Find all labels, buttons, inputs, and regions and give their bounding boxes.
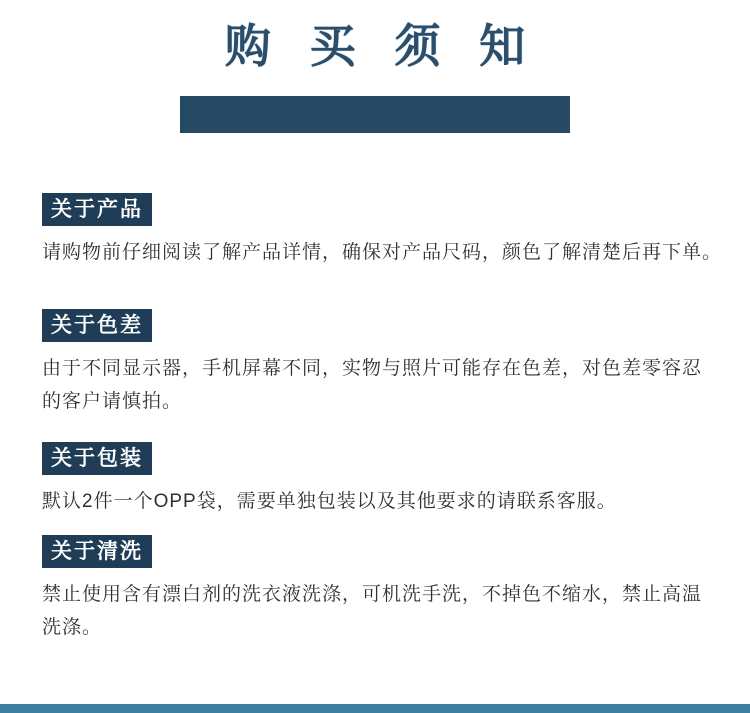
section-body: 默认2件一个OPP袋，需要单独包装以及其他要求的请联系客服。 (42, 485, 722, 518)
section-about-product: 关于产品 请购物前仔细阅读了解产品详情，确保对产品尺码，颜色了解清楚后再下单。 (42, 193, 722, 269)
section-body: 禁止使用含有漂白剂的洗衣液洗涤，可机洗手洗，不掉色不缩水，禁止高温 洗涤。 (42, 578, 722, 644)
section-about-washing: 关于清洗 禁止使用含有漂白剂的洗衣液洗涤，可机洗手洗，不掉色不缩水，禁止高温 洗… (42, 535, 722, 644)
page-header: 购 买 须 知 (0, 22, 750, 133)
section-body: 由于不同显示器，手机屏幕不同，实物与照片可能存在色差，对色差零容忍 的客户请慎拍… (42, 352, 722, 418)
section-about-color-difference: 关于色差 由于不同显示器，手机屏幕不同，实物与照片可能存在色差，对色差零容忍 的… (42, 309, 722, 418)
title-underline-bar (180, 96, 570, 133)
notice-sections: 关于产品 请购物前仔细阅读了解产品详情，确保对产品尺码，颜色了解清楚后再下单。 … (0, 193, 750, 644)
section-header: 关于包装 (42, 442, 152, 475)
section-header: 关于产品 (42, 193, 152, 226)
section-body: 请购物前仔细阅读了解产品详情，确保对产品尺码，颜色了解清楚后再下单。 (42, 236, 722, 269)
footer-accent-bar (0, 704, 750, 713)
section-header: 关于色差 (42, 309, 152, 342)
section-about-packaging: 关于包装 默认2件一个OPP袋，需要单独包装以及其他要求的请联系客服。 (42, 442, 722, 518)
section-header: 关于清洗 (42, 535, 152, 568)
page-title: 购 买 须 知 (0, 22, 750, 70)
